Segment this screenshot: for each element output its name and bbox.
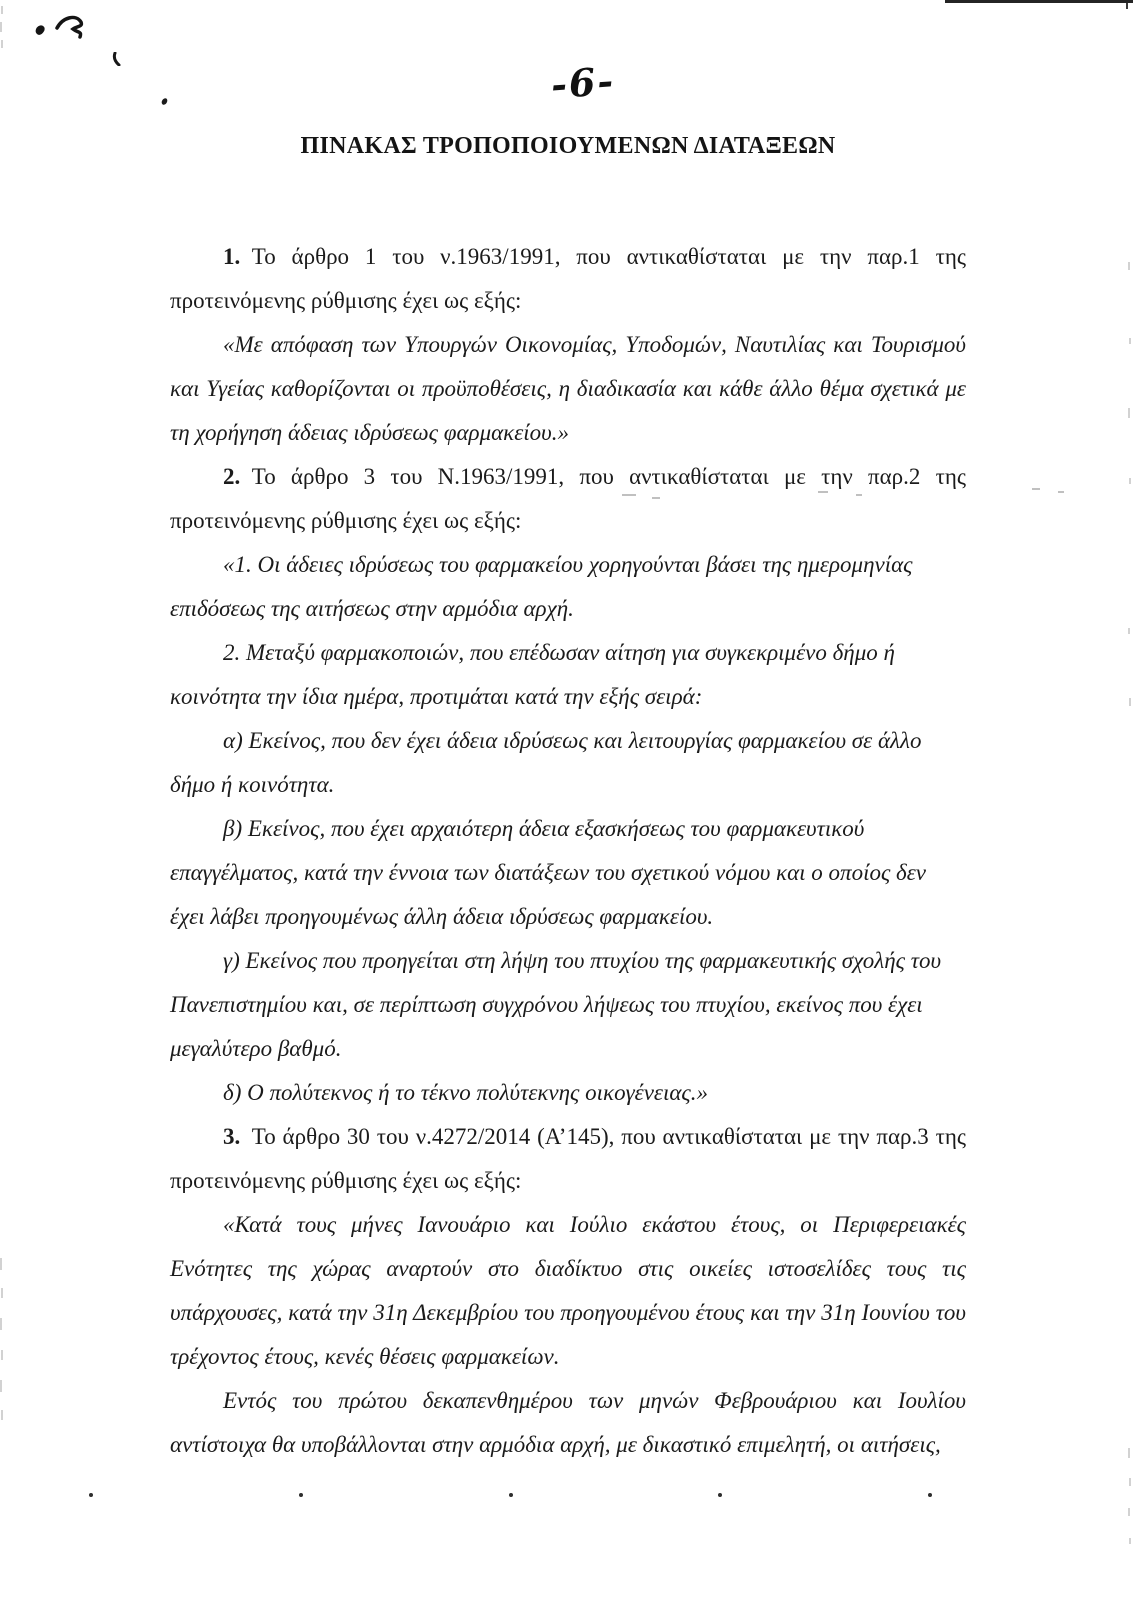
text-line: και Υγείας καθορίζονται οι προϋποθέσεις,… — [170, 367, 966, 411]
scan-noise — [1058, 491, 1064, 493]
text-line: Ενότητες της χώρας αναρτούν στο διαδίκτυ… — [170, 1247, 966, 1291]
text-line: «Κατά τους μήνες Ιανουάριο και Ιούλιο εκ… — [170, 1203, 966, 1247]
scan-edge-mark — [1, 1288, 3, 1298]
item-number: 1. — [223, 244, 240, 269]
separator-dot — [718, 1493, 722, 1497]
text-line: «1. Οι άδειες ιδρύσεως του φαρμακείου χο… — [170, 543, 966, 587]
separator-dot — [928, 1493, 932, 1497]
quote-article-30-par2: Εντός του πρώτου δεκαπενθημέρου των μηνώ… — [170, 1379, 966, 1467]
scan-edge-mark — [1128, 408, 1130, 418]
item-1-intro: 1. Το άρθρο 1 του ν.1963/1991, που αντικ… — [170, 235, 966, 323]
scan-noise — [1032, 488, 1040, 490]
text-line: 2. Το άρθρο 3 του Ν.1963/1991, που αντικ… — [170, 455, 966, 499]
text-line: Πανεπιστημίου και, σε περίπτωση συγχρόνο… — [170, 983, 966, 1027]
text-line: τη χορήγηση άδειας ιδρύσεως φαρμακείου.» — [170, 411, 966, 455]
ink-blot — [34, 24, 46, 37]
text-line: «Με απόφαση των Υπουργών Οικονομίας, Υπο… — [170, 323, 966, 367]
document-body: 1. Το άρθρο 1 του ν.1963/1991, που αντικ… — [170, 235, 966, 1467]
scanned-page: -6- ΠΙΝΑΚΑΣ ΤΡΟΠΟΠΟΙΟΥΜΕΝΩΝ ΔΙΑΤΑΞΕΩΝ 1.… — [0, 0, 1140, 1600]
item-2-intro: 2. Το άρθρο 3 του Ν.1963/1991, που αντικ… — [170, 455, 966, 543]
separator-dot — [509, 1493, 513, 1497]
scan-edge-mark — [0, 22, 2, 32]
quote-item-d: δ) Ο πολύτεκνος ή το τέκνο πολύτεκνης οι… — [170, 1071, 966, 1115]
text-line: δήμο ή κοινότητα. — [170, 763, 966, 807]
scan-edge-mark — [1, 1410, 3, 1420]
scan-edge-mark — [0, 1380, 2, 1392]
quote-item-c: γ) Εκείνος που προηγείται στη λήψη του π… — [170, 939, 966, 1071]
text-line: προτεινόμενης ρύθμισης έχει ως εξής: — [170, 1159, 966, 1203]
item-3-intro: 3. Το άρθρο 30 του ν.4272/2014 (Α’145), … — [170, 1115, 966, 1203]
text-line: 1. Το άρθρο 1 του ν.1963/1991, που αντικ… — [170, 235, 966, 279]
text-line: επιδόσεως της αιτήσεως στην αρμόδια αρχή… — [170, 587, 966, 631]
text-line: 3. Το άρθρο 30 του ν.4272/2014 (Α’145), … — [170, 1115, 966, 1159]
text-line: β) Εκείνος, που έχει αρχαιότερη άδεια εξ… — [170, 807, 966, 851]
quote-item-b: β) Εκείνος, που έχει αρχαιότερη άδεια εξ… — [170, 807, 966, 939]
ink-tick — [112, 52, 122, 66]
quote-article-3-par1: «1. Οι άδειες ιδρύσεως του φαρμακείου χο… — [170, 543, 966, 631]
scan-edge-mark — [1128, 1448, 1130, 1458]
handwritten-page-number: -6- — [537, 57, 630, 108]
separator-dot — [299, 1493, 303, 1497]
quote-article-30-par1: «Κατά τους μήνες Ιανουάριο και Ιούλιο εκ… — [170, 1203, 966, 1379]
scan-edge-mark — [1129, 1538, 1131, 1544]
scan-edge-mark — [1128, 262, 1130, 270]
scan-edge-mark — [1128, 628, 1130, 634]
text-line: γ) Εκείνος που προηγείται στη λήψη του π… — [170, 939, 966, 983]
item-number: 3. — [223, 1124, 240, 1149]
scan-edge-tick — [1126, 3, 1128, 9]
scan-edge-mark — [1129, 1478, 1131, 1486]
separator-dot — [89, 1493, 93, 1497]
text-line: Εντός του πρώτου δεκαπενθημέρου των μηνώ… — [170, 1379, 966, 1423]
text-line: τρέχοντος έτους, κενές θέσεις φαρμακείων… — [170, 1335, 966, 1379]
text-line: έχει λάβει προηγουμένως άλλη άδεια ιδρύσ… — [170, 895, 966, 939]
quote-article-3-par2: 2. Μεταξύ φαρμακοποιών, που επέδωσαν αίτ… — [170, 631, 966, 719]
scan-edge-mark — [1, 6, 3, 14]
separator-dots — [89, 1493, 932, 1497]
text-line: 2. Μεταξύ φαρμακοποιών, που επέδωσαν αίτ… — [170, 631, 966, 675]
text-line: υπάρχουσες, κατά την 31η Δεκεμβρίου του … — [170, 1291, 966, 1335]
scan-edge-mark — [1129, 478, 1131, 484]
text-line: κοινότητα την ίδια ημέρα, προτιμάται κατ… — [170, 675, 966, 719]
quote-item-a: α) Εκείνος, που δεν έχει άδεια ιδρύσεως … — [170, 719, 966, 807]
text-line: επαγγέλματος, κατά την έννοια των διατάξ… — [170, 851, 966, 895]
text-line: προτεινόμενης ρύθμισης έχει ως εξής: — [170, 499, 966, 543]
text-line: δ) Ο πολύτεκνος ή το τέκνο πολύτεκνης οι… — [170, 1071, 966, 1115]
scan-edge-mark — [1, 40, 3, 48]
ink-squiggle — [54, 13, 88, 43]
text-line: προτεινόμενης ρύθμισης έχει ως εξής: — [170, 279, 966, 323]
quote-article-1: «Με απόφαση των Υπουργών Οικονομίας, Υπο… — [170, 323, 966, 455]
scan-edge-mark — [0, 1258, 2, 1270]
text-line: α) Εκείνος, που δεν έχει άδεια ιδρύσεως … — [170, 719, 966, 763]
scan-edge-mark — [1129, 698, 1131, 706]
scan-edge-line — [945, 0, 1133, 3]
scan-edge-mark — [0, 1318, 2, 1330]
text-line: αντίστοιχα θα υποβάλλονται στην αρμόδια … — [170, 1423, 966, 1467]
document-title: ΠΙΝΑΚΑΣ ΤΡΟΠΟΠΟΙΟΥΜΕΝΩΝ ΔΙΑΤΑΞΕΩΝ — [170, 133, 966, 160]
scan-edge-mark — [1128, 1508, 1130, 1516]
scan-edge-mark — [1129, 338, 1131, 344]
scan-edge-mark — [1, 1350, 3, 1360]
ink-speck — [161, 97, 169, 106]
item-number: 2. — [223, 464, 240, 489]
text-line: μεγαλύτερο βαθμό. — [170, 1027, 966, 1071]
